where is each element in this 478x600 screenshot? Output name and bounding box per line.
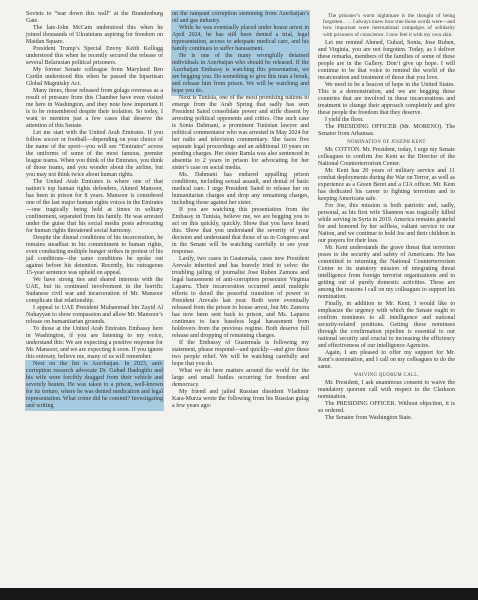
paragraph: I appeal to UAE President Muhammad bin Z… xyxy=(26,305,163,326)
paragraph: Mr. Kent understands the grave threat th… xyxy=(318,245,455,301)
paragraph: The late-John McCain understood this whe… xyxy=(26,25,163,46)
paragraph: The Senator from Washington State. xyxy=(318,415,455,422)
paragraph: Despite the dismal conditions of his inc… xyxy=(26,235,163,277)
paragraph: Many times, those released from gulags o… xyxy=(26,88,163,130)
paragraph: My friend and jailed Russian dissident V… xyxy=(172,389,309,410)
paragraph: Ms. Dahmani has endured appalling prison… xyxy=(172,172,309,207)
paragraph: The PRESIDING OFFICER. Without objection… xyxy=(318,401,455,415)
paragraph: If the Embassy of Guatemala is following… xyxy=(172,340,309,368)
text-columns: Soviets to “tear down this wall” at the … xyxy=(26,11,455,422)
paragraph: Again, I am pleased to offer my support … xyxy=(318,350,455,371)
paragraph: Lastly, two cases in Guatemala, cases ne… xyxy=(172,256,309,340)
column-left: Soviets to “tear down this wall” at the … xyxy=(26,11,163,422)
paragraph: To those at the United Arab Emirates Emb… xyxy=(26,326,163,361)
paragraph: Let me start with the United Arab Emirat… xyxy=(26,130,163,179)
paragraph: The United Arab Emirates is where one of… xyxy=(26,179,163,235)
paragraph: Mr. COTTON. Mr. President, today, I urge… xyxy=(318,147,455,168)
section-heading: NOMINATION OF JOSEPH KENT xyxy=(318,140,455,146)
paragraph: President Trump’s Special Envoy Keith Ke… xyxy=(26,46,163,67)
block-quote: The prisoner’s worst nightmare is the th… xyxy=(323,13,455,38)
paragraph: The PRESIDING OFFICER (Mr. MORENO). The … xyxy=(318,124,455,138)
paragraph: Mr. Kent has 20 years of military servic… xyxy=(318,168,455,203)
document-page: Soviets to “tear down this wall” at the … xyxy=(0,0,478,600)
paragraph: We have strong ties and shared interests… xyxy=(26,277,163,305)
paragraph: We need to be a beacon of hope in the Un… xyxy=(318,82,455,117)
paragraph: While he was eventually placed under hou… xyxy=(172,25,309,53)
paragraph: on the rampant corruption stemming from … xyxy=(172,11,309,25)
paragraph: Soviets to “tear down this wall” at the … xyxy=(26,11,163,25)
paragraph: I yield the floor. xyxy=(318,117,455,124)
paragraph: My former Senate colleague from Maryland… xyxy=(26,67,163,88)
column-center: on the rampant corruption stemming from … xyxy=(172,11,309,422)
column-right: The prisoner’s worst nightmare is the th… xyxy=(318,11,455,422)
paragraph: Next on the list is Azerbaijan. In 2023,… xyxy=(26,361,163,410)
section-heading: WAIVING QUORUM CALL. xyxy=(318,373,455,379)
paragraph: What we do here matters around the world… xyxy=(172,368,309,389)
paragraph: Mr. President, I ask unanimous consent t… xyxy=(318,380,455,401)
paragraph: Next is Tunisia, one of the most promisi… xyxy=(172,95,309,172)
paragraph: Finally, in addition to Mr. Kent, I woul… xyxy=(318,301,455,350)
paragraph: If you are watching this presentation fr… xyxy=(172,207,309,256)
paragraph: He is one of the many wrongfully detaine… xyxy=(172,53,309,95)
paragraph: Let me remind Ahmed, Gubad, Sonia, Jose … xyxy=(318,40,455,82)
paragraph: For Joe, this mission is both patriotic … xyxy=(318,203,455,245)
bottom-bar xyxy=(0,588,478,600)
